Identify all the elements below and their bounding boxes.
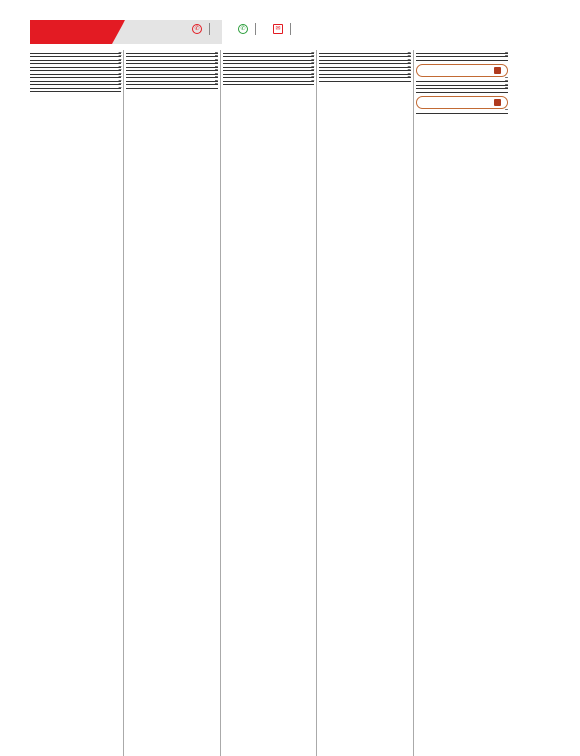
notice-ref-mark: ▬ xyxy=(505,107,508,113)
legal-notice: ▬ xyxy=(30,89,121,93)
legal-notice: ▬ xyxy=(223,82,314,86)
classifieds-page: ▬▬▬▬▬▬▬▬▬▬▬▬ ▬▬▬▬▬▬▬▬▬▬▬ ▬▬▬▬▬▬▬▬▬▬ ▬▬▬▬… xyxy=(30,50,510,756)
contact-phone: ✆ xyxy=(192,23,210,35)
column-2: ▬▬▬▬▬▬▬▬▬▬▬ xyxy=(126,50,220,756)
phone-icon: ✆ xyxy=(192,24,202,34)
notice-ref-mark: ▬ xyxy=(215,81,218,87)
notice-ref-mark: ▬ xyxy=(119,85,122,91)
column-5: ▬▬▬▬▬▬▬▬ xyxy=(416,50,510,756)
contact-email: ✉ xyxy=(273,23,291,35)
legal-notice: ▬ xyxy=(319,78,410,82)
section-banner xyxy=(30,20,125,44)
column-1: ▬▬▬▬▬▬▬▬▬▬▬▬ xyxy=(30,50,124,756)
section-banner-otros xyxy=(416,64,508,77)
column-3: ▬▬▬▬▬▬▬▬▬▬ xyxy=(223,50,317,756)
legal-notice: ▬ xyxy=(416,57,508,61)
legal-notice: ▬ xyxy=(416,89,508,93)
masthead: ✆ ✆ ✉ xyxy=(0,18,580,46)
column-4: ▬▬▬▬▬▬▬▬▬ xyxy=(319,50,413,756)
notice-ref-mark: ▬ xyxy=(311,78,314,84)
gavel-icon xyxy=(494,99,501,106)
legal-notice: ▬ xyxy=(416,111,508,115)
contact-whatsapp: ✆ xyxy=(238,23,256,35)
mail-icon: ✉ xyxy=(273,24,283,34)
otros-icon xyxy=(494,67,501,74)
notice-ref-mark: ▬ xyxy=(505,53,508,59)
notice-ref-mark: ▬ xyxy=(408,74,411,80)
legal-notice: ▬ xyxy=(126,85,217,89)
section-banner-edictos xyxy=(416,96,508,109)
whatsapp-icon: ✆ xyxy=(238,24,248,34)
notice-ref-mark: ▬ xyxy=(505,85,508,91)
